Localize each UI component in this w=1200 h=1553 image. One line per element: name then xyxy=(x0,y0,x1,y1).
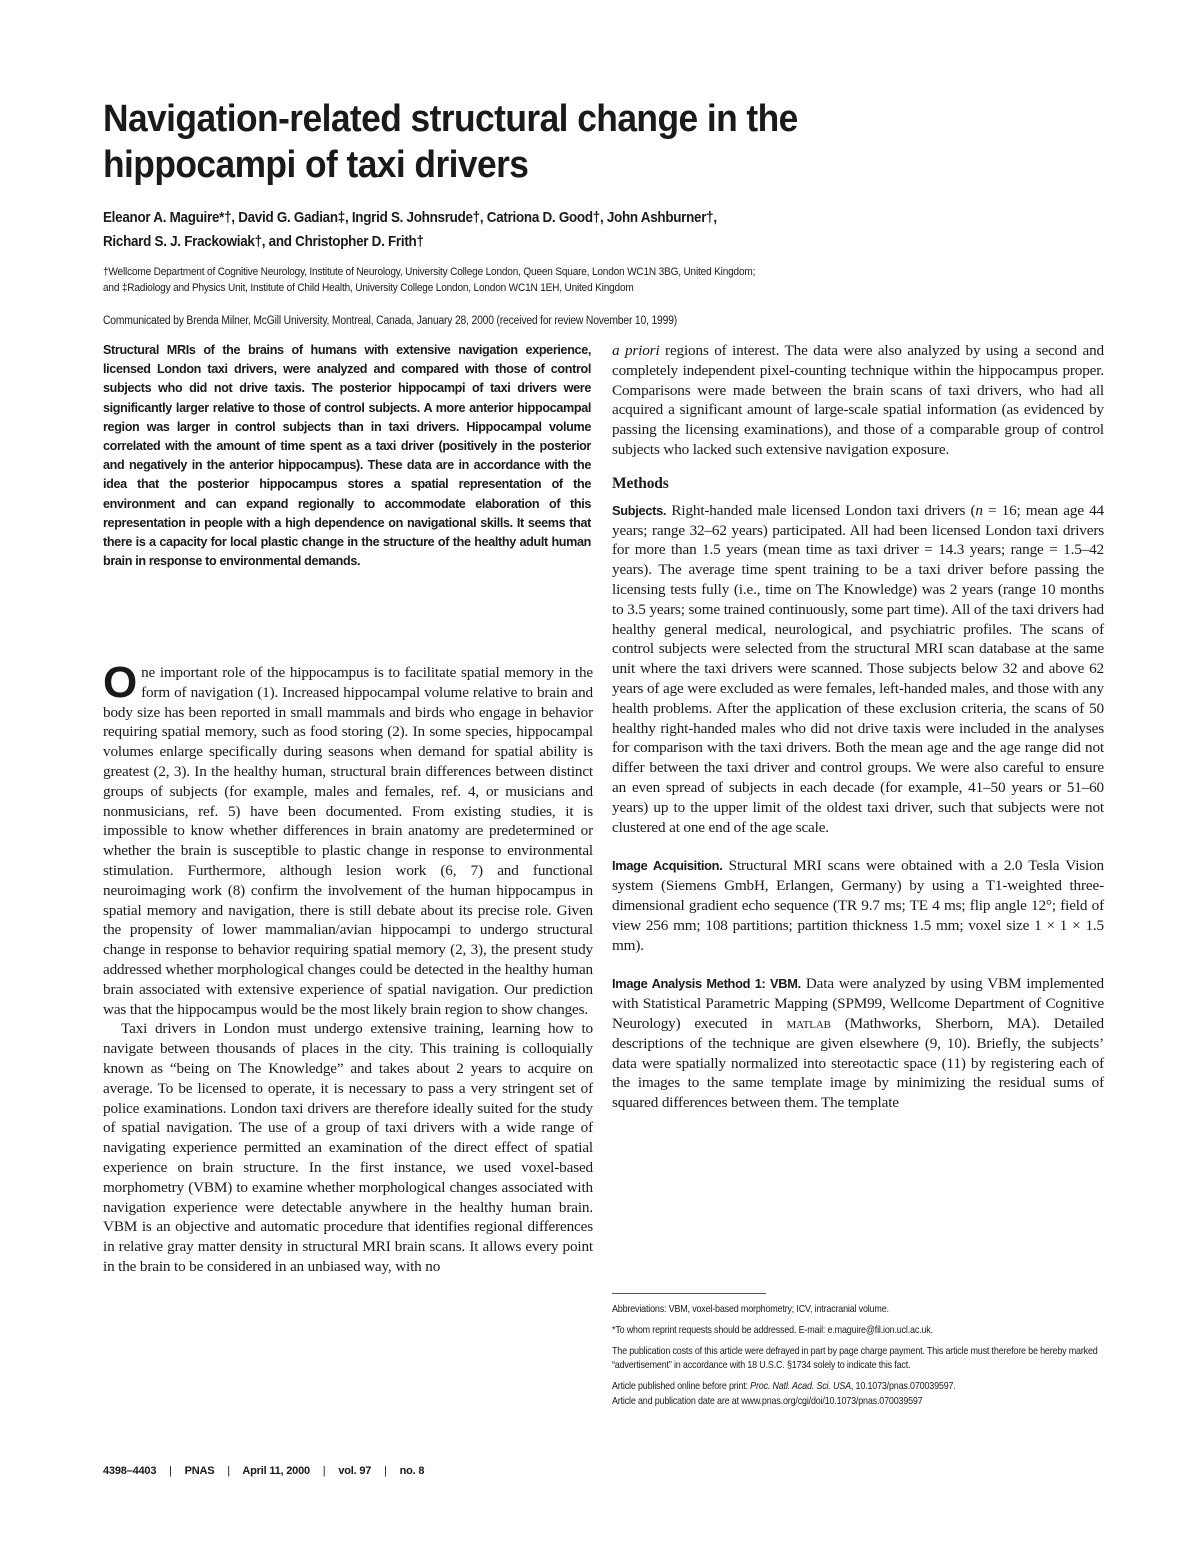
vbm-runin-head: Image Analysis Method 1: VBM. xyxy=(612,976,801,991)
footnote-online: Article published online before print: P… xyxy=(612,1380,1105,1410)
page-footer: 4398–4403 | PNAS | April 11, 2000 | vol.… xyxy=(103,1465,424,1477)
footnote-divider xyxy=(612,1293,766,1294)
intro-paragraph-2: Taxi drivers in London must undergo exte… xyxy=(103,1019,593,1276)
affiliations: †Wellcome Department of Cognitive Neurol… xyxy=(103,264,1093,296)
intro-paragraph-1-text: ne important role of the hippocampus is … xyxy=(103,664,593,1018)
right-column: a priori regions of interest. The data w… xyxy=(612,341,1104,1113)
paper-page: Navigation-related structural change in … xyxy=(0,0,1200,1553)
vbm-paragraph: Image Analysis Method 1: VBM. Data were … xyxy=(612,974,1104,1113)
paper-title: Navigation-related structural change in … xyxy=(103,96,1033,188)
footnote-reprint: *To whom reprint requests should be addr… xyxy=(612,1324,1105,1339)
affiliation-line-2: and ‡Radiology and Physics Unit, Institu… xyxy=(103,280,1093,296)
authors-line-2: Richard S. J. Frackowiak†, and Christoph… xyxy=(103,230,1078,254)
footer-separator: | xyxy=(323,1465,326,1477)
intro-left-column: One important role of the hippocampus is… xyxy=(103,663,593,1277)
footer-volume: vol. 97 xyxy=(338,1465,371,1477)
footer-separator: | xyxy=(227,1465,230,1477)
intro-paragraph-1: One important role of the hippocampus is… xyxy=(103,663,593,1019)
subjects-runin-head: Subjects. xyxy=(612,503,666,518)
footer-date: April 11, 2000 xyxy=(242,1465,310,1477)
abstract: Structural MRIs of the brains of humans … xyxy=(103,341,591,571)
footnote-costs: The publication costs of this article we… xyxy=(612,1345,1105,1375)
methods-heading: Methods xyxy=(612,474,1104,494)
title-line-2: hippocampi of taxi drivers xyxy=(103,142,1033,188)
subjects-paragraph: Subjects. Right-handed male licensed Lon… xyxy=(612,501,1104,838)
footer-pages: 4398–4403 xyxy=(103,1465,156,1477)
footer-issue: no. 8 xyxy=(400,1465,425,1477)
author-list: Eleanor A. Maguire*†, David G. Gadian‡, … xyxy=(103,206,1078,254)
communicated-by: Communicated by Brenda Milner, McGill Un… xyxy=(103,313,1003,329)
footer-journal: PNAS xyxy=(185,1465,215,1477)
intro-paragraph-3: a priori regions of interest. The data w… xyxy=(612,341,1104,460)
affiliation-line-1: †Wellcome Department of Cognitive Neurol… xyxy=(103,264,1093,280)
title-line-1: Navigation-related structural change in … xyxy=(103,96,1033,142)
matlab-smallcaps: matlab xyxy=(787,1015,831,1032)
footnotes: Abbreviations: VBM, voxel-based morphome… xyxy=(612,1303,1105,1416)
footer-separator: | xyxy=(169,1465,172,1477)
footer-separator: | xyxy=(384,1465,387,1477)
a-priori-italic: a priori xyxy=(612,342,660,359)
drop-cap: O xyxy=(103,665,137,701)
acquisition-runin-head: Image Acquisition. xyxy=(612,858,722,873)
authors-line-1: Eleanor A. Maguire*†, David G. Gadian‡, … xyxy=(103,206,1078,230)
acquisition-paragraph: Image Acquisition. Structural MRI scans … xyxy=(612,856,1104,955)
footnote-abbreviations: Abbreviations: VBM, voxel-based morphome… xyxy=(612,1303,1105,1318)
